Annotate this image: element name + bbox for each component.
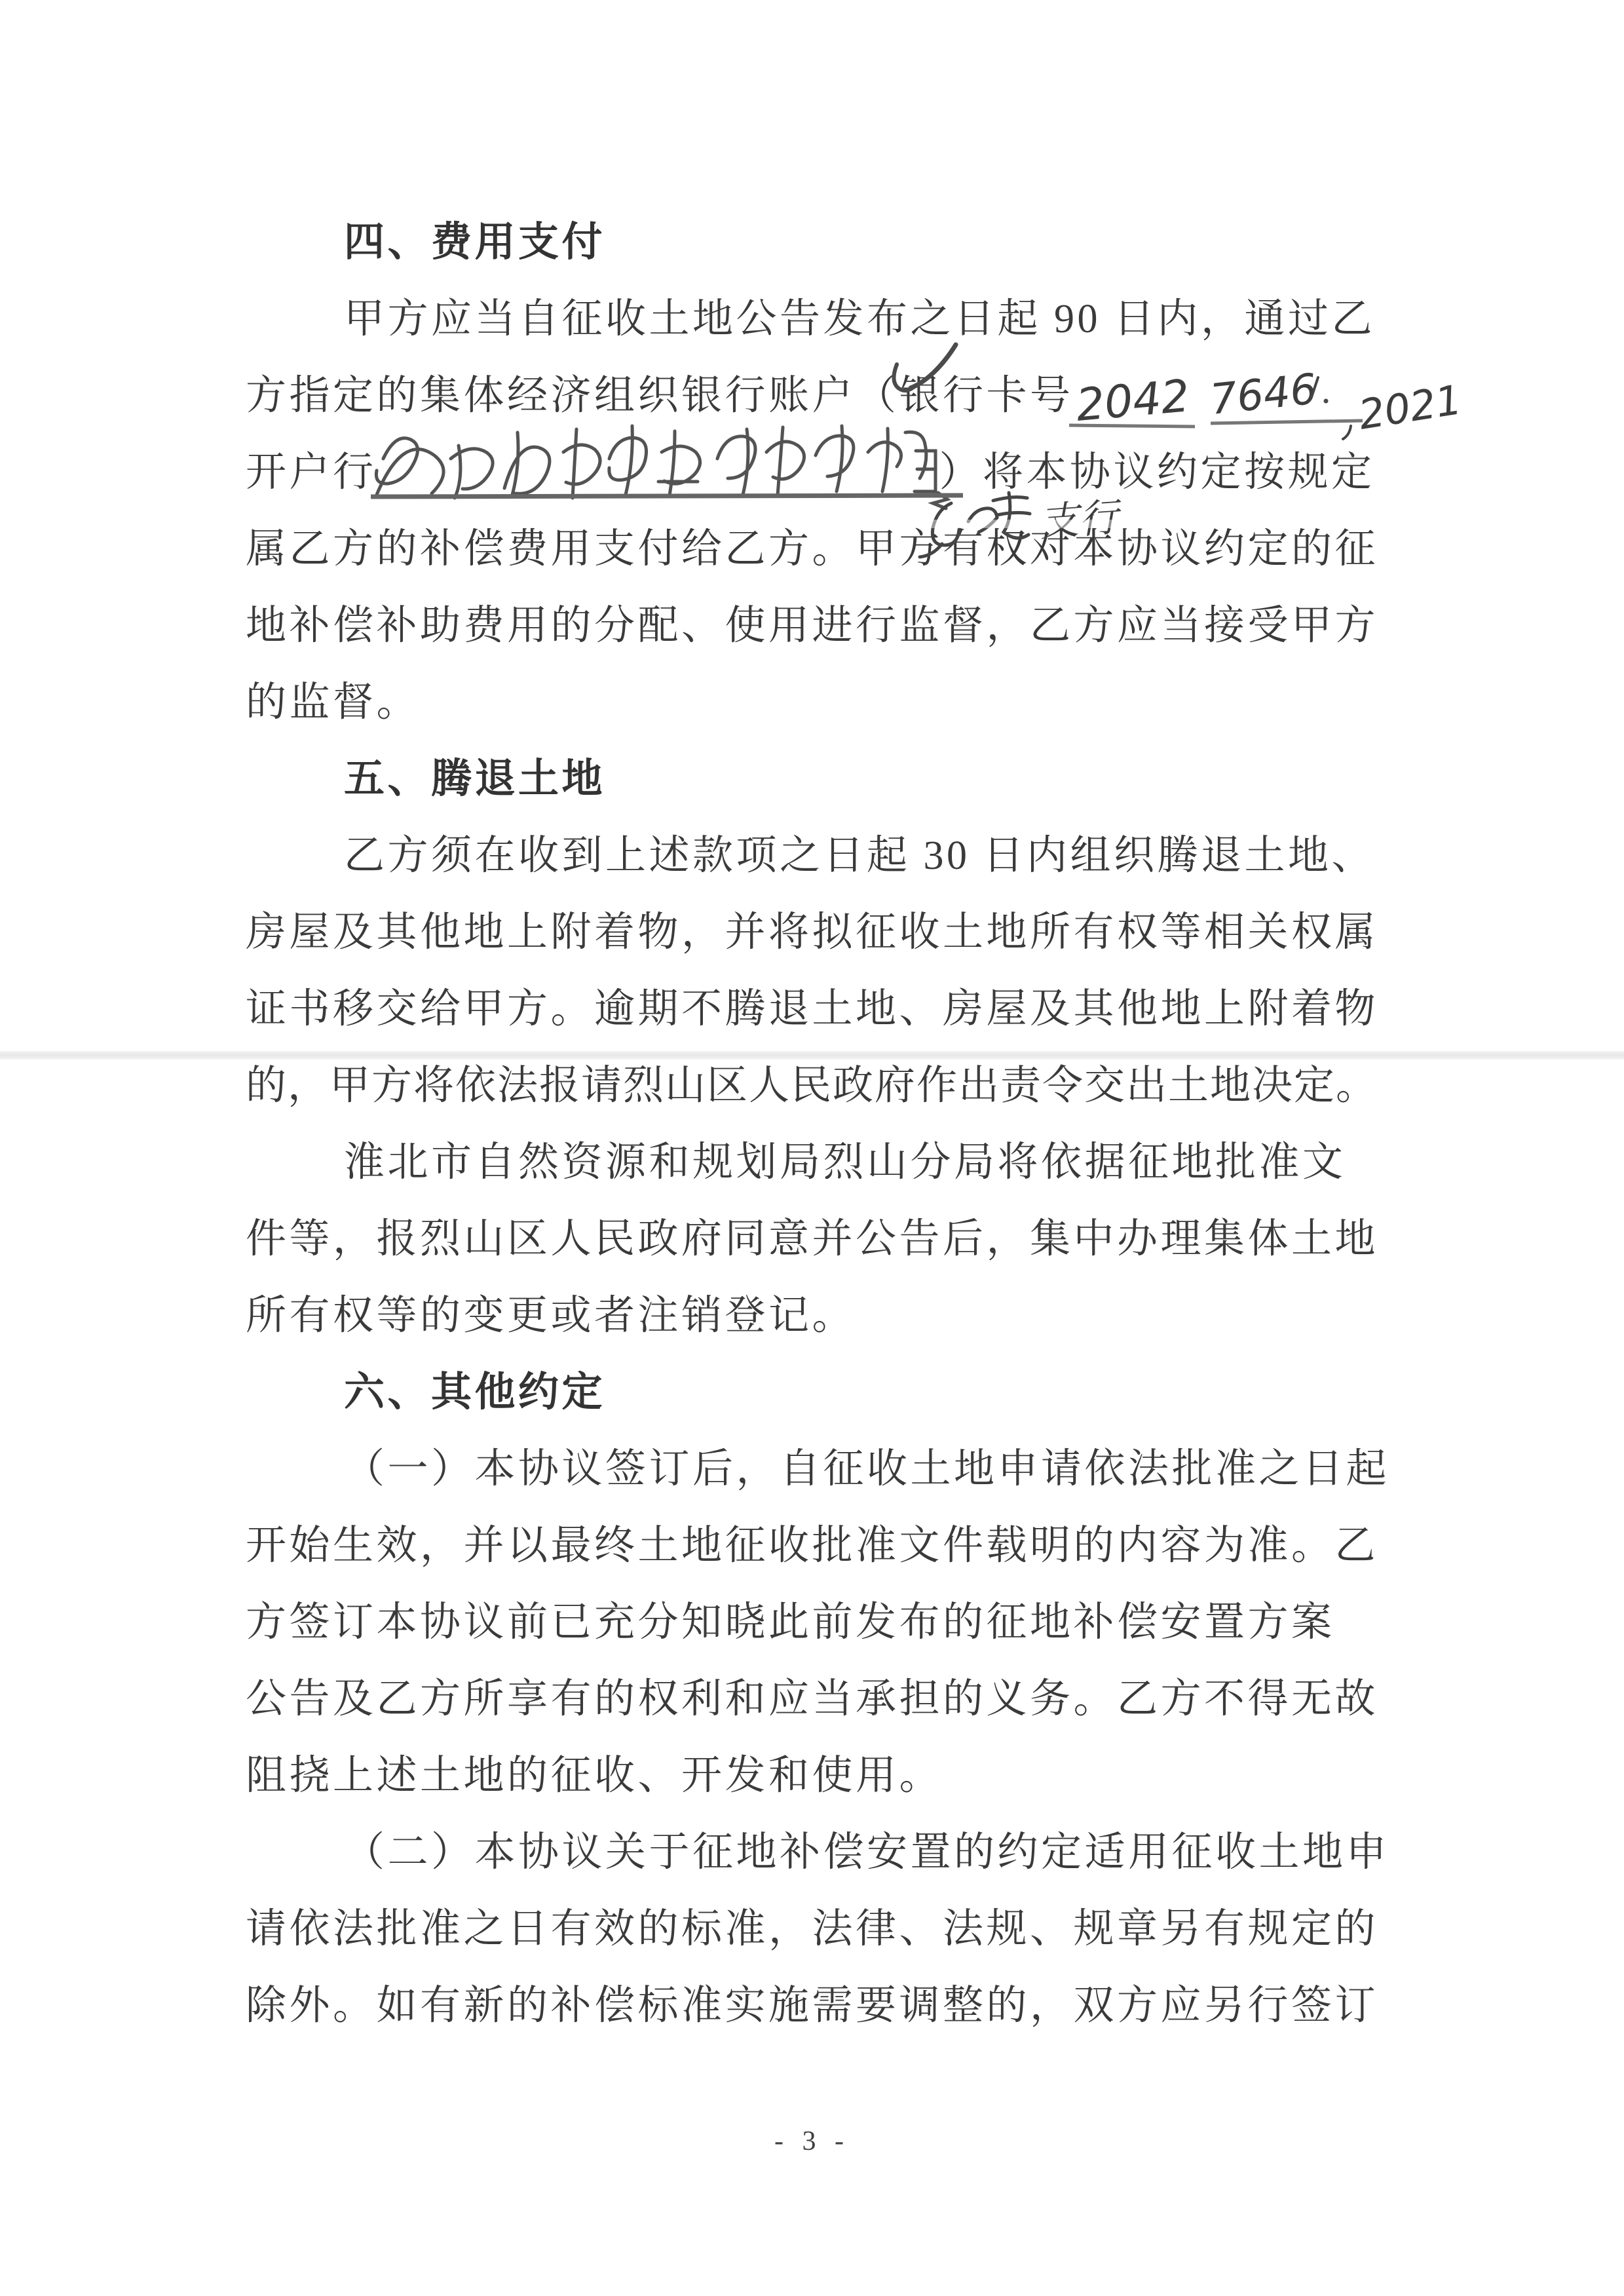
line-text: 所有权等的变更或者注销登记。 xyxy=(246,1293,856,1338)
line-text: 阻挠上述土地的征收、开发和使用。 xyxy=(246,1753,943,1798)
text-line: 请依法批准之日有效的标准，法律、法规、规章另有规定的 xyxy=(246,1891,1399,1968)
text-line: 开始生效，并以最终土地征收批准文件载明的内容为准。乙 xyxy=(246,1508,1399,1584)
page-number: - 3 - xyxy=(0,2126,1624,2157)
text-line: 淮北市自然资源和规划局烈山分局将依据征地批准文 xyxy=(246,1124,1399,1201)
text-line: 地补偿补助费用的分配、使用进行监督，乙方应当接受甲方 xyxy=(246,588,1399,664)
text-line: 方签订本协议前已充分知晓此前发布的征地补偿安置方案 xyxy=(246,1584,1399,1661)
text-line: （一）本协议签订后，自征收土地申请依法批准之日起 xyxy=(246,1431,1399,1508)
section-heading: 六、其他约定 xyxy=(246,1354,1399,1431)
line-text: 房屋及其他地上附着物，并将拟征收土地所有权等相关权属 xyxy=(246,910,1378,955)
text-line: 开户行）将本协议约定按规定 xyxy=(246,434,1399,511)
text-line: 房屋及其他地上附着物，并将拟征收土地所有权等相关权属 xyxy=(246,894,1399,971)
text-line: 公告及乙方所享有的权利和应当承担的义务。乙方不得无故 xyxy=(246,1661,1399,1738)
fill-in-blank xyxy=(377,484,939,486)
line-text: 甲方应当自征收土地公告发布之日起 90 日内，通过乙 xyxy=(344,297,1375,341)
text-line: 乙方须在收到上述款项之日起 30 日内组织腾退土地、 xyxy=(246,818,1399,894)
line-text: 四、费用支付 xyxy=(344,220,605,265)
line-text: 除外。如有新的补偿标准实施需要调整的，双方应另行签订 xyxy=(246,1983,1378,2028)
text-line: 的监督。 xyxy=(246,664,1399,741)
line-text: 件等，报烈山区人民政府同意并公告后，集中办理集体土地 xyxy=(246,1217,1378,1261)
text-line: 件等，报烈山区人民政府同意并公告后，集中办理集体土地 xyxy=(246,1201,1399,1278)
contract-text: 四、费用支付甲方应当自征收土地公告发布之日起 90 日内，通过乙方指定的集体经济… xyxy=(246,204,1399,2044)
line-text: 请依法批准之日有效的标准，法律、法规、规章另有规定的 xyxy=(246,1907,1378,1951)
text-line: 甲方应当自征收土地公告发布之日起 90 日内，通过乙 xyxy=(246,281,1399,358)
line-text: 五、腾退土地 xyxy=(344,757,605,801)
text-line: 所有权等的变更或者注销登记。 xyxy=(246,1278,1399,1354)
line-text: 方签订本协议前已充分知晓此前发布的征地补偿安置方案 xyxy=(246,1600,1335,1645)
line-text: 属乙方的补偿费用支付给乙方。甲方有权对本协议约定的征 xyxy=(246,527,1378,571)
section-heading: 四、费用支付 xyxy=(246,204,1399,281)
text-line: 证书移交给甲方。逾期不腾退土地、房屋及其他地上附着物 xyxy=(246,971,1399,1048)
line-text: （一）本协议签订后，自征收土地申请依法批准之日起 xyxy=(344,1447,1389,1491)
line-text: 淮北市自然资源和规划局烈山分局将依据征地批准文 xyxy=(344,1140,1346,1185)
section-heading: 五、腾退土地 xyxy=(246,741,1399,818)
text-line: 方指定的集体经济组织银行账户（银行卡号 xyxy=(246,358,1399,434)
text-line: 除外。如有新的补偿标准实施需要调整的，双方应另行签订 xyxy=(246,1968,1399,2044)
line-text: 乙方须在收到上述款项之日起 30 日内组织腾退土地、 xyxy=(344,833,1375,878)
scanned-contract-page: 四、费用支付甲方应当自征收土地公告发布之日起 90 日内，通过乙方指定的集体经济… xyxy=(0,0,1624,2296)
line-text: 六、其他约定 xyxy=(344,1370,605,1415)
line-text: （二）本协议关于征地补偿安置的约定适用征收土地申 xyxy=(344,1830,1389,1875)
text-line: （二）本协议关于征地补偿安置的约定适用征收土地申 xyxy=(246,1814,1399,1891)
line-text-after-blank: ）将本协议约定按规定 xyxy=(939,450,1375,495)
line-text: 开户行 xyxy=(246,450,377,495)
scanner-artifact-band xyxy=(0,1051,1624,1060)
line-text: 的监督。 xyxy=(246,680,420,725)
line-text: 开始生效，并以最终土地征收批准文件载明的内容为准。乙 xyxy=(246,1523,1378,1568)
line-text: 地补偿补助费用的分配、使用进行监督，乙方应当接受甲方 xyxy=(246,603,1378,648)
line-text: 的，甲方将依法报请烈山区人民政府作出责令交出土地决定。 xyxy=(246,1063,1378,1108)
line-text: 方指定的集体经济组织银行账户（银行卡号 xyxy=(246,373,1074,418)
text-line: 阻挠上述土地的征收、开发和使用。 xyxy=(246,1738,1399,1814)
scanner-streak xyxy=(0,520,1624,528)
line-text: 公告及乙方所享有的权利和应当承担的义务。乙方不得无故 xyxy=(246,1677,1378,1721)
line-text: 证书移交给甲方。逾期不腾退土地、房屋及其他地上附着物 xyxy=(246,987,1378,1031)
